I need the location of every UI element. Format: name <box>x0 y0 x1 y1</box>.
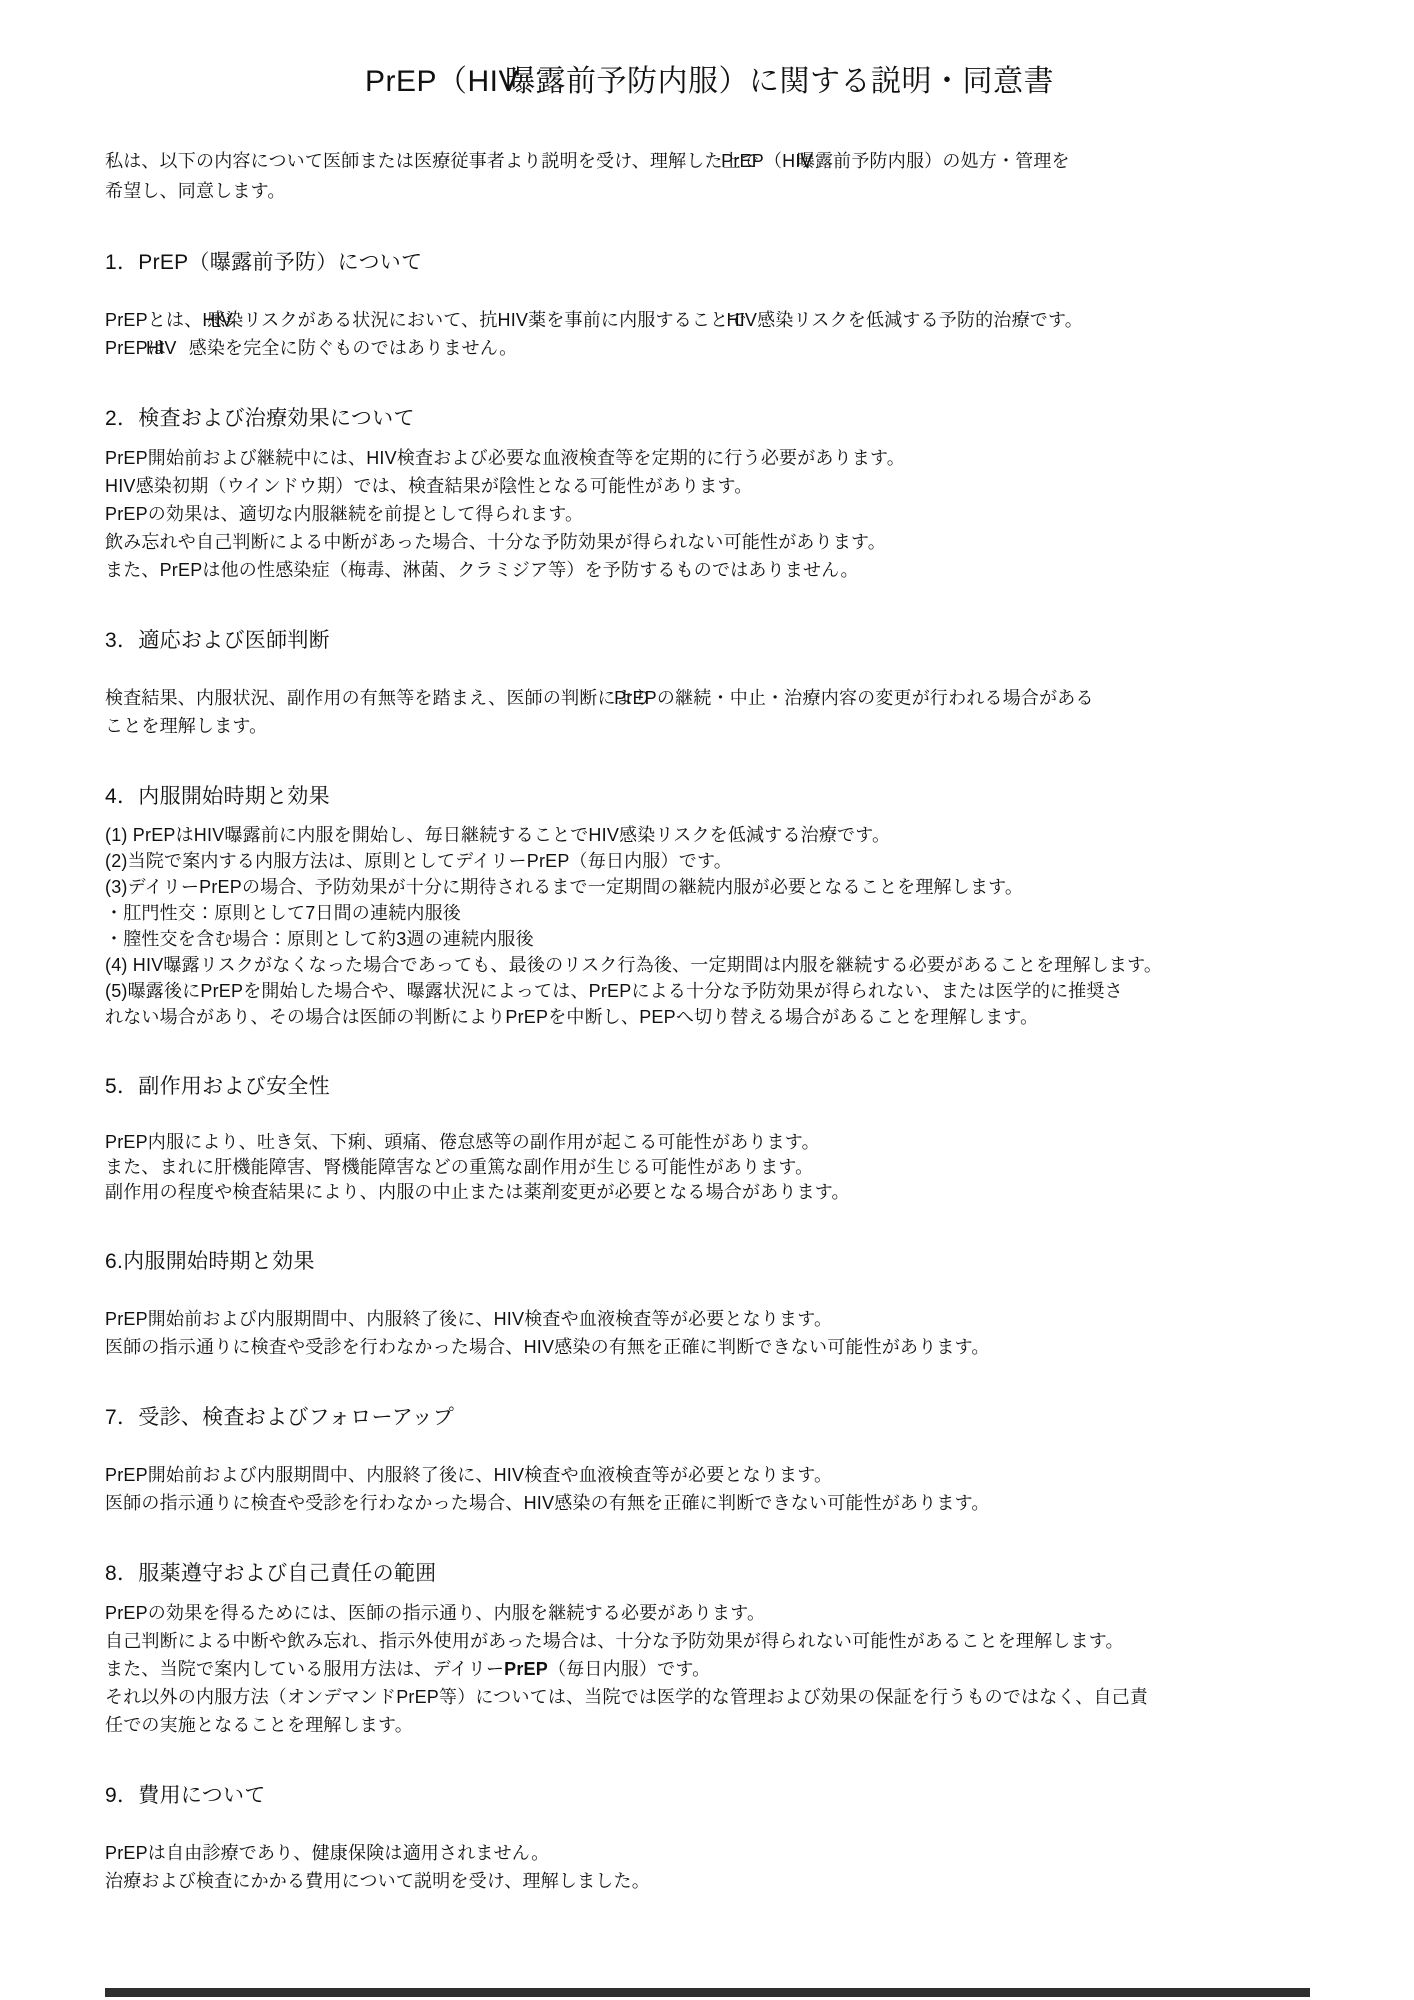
section-9-cost: 9．費用について PrEPは自由診療であり、健康保険は適用されません。 治療およ… <box>105 1779 1314 1895</box>
document-line: 副作用の程度や検査結果により、内服の中止または薬剤変更が必要となる場合があります… <box>105 1180 1314 1205</box>
section-body: PrEPは自由診療であり、健康保険は適用されません。 治療および検査にかかる費用… <box>105 1839 1314 1895</box>
document-line: PrEPはHIV感染を完全に防ぐものではありません。 <box>105 334 1314 362</box>
section-body: PrEPとは、HIV感染リスクがある状況において、抗HIV薬を事前に内服すること… <box>105 306 1314 362</box>
document-line: 医師の指示通りに検査や受診を行わなかった場合、HIV感染の有無を正確に判断できな… <box>105 1489 1314 1517</box>
intro-line: 私は、以下の内容について医師または医療従事者より説明を受け、理解した上でPrEP… <box>105 146 1314 176</box>
section-heading: 5．副作用および安全性 <box>105 1070 1314 1100</box>
document-line: PrEP内服により、吐き気、下痢、頭痛、倦怠感等の副作用が起こる可能性があります… <box>105 1130 1314 1155</box>
text-segment-overlap: PrEP <box>614 688 657 708</box>
intro-segment-overlap: PrEP <box>721 151 764 171</box>
text-segment-overlap: 感染リスクがある状況において、抗HIV薬を事前に内服することで <box>207 310 746 330</box>
section-heading: 1．PrEP（曝露前予防）について <box>105 246 1314 276</box>
section-heading: 2．検査および治療効果について <box>105 402 1314 432</box>
document-line: 治療および検査にかかる費用について説明を受け、理解しました。 <box>105 1867 1314 1895</box>
title-text: PrEP（HIV <box>365 65 519 98</box>
document-line: 任での実施となることを理解します。 <box>105 1711 1314 1739</box>
document-line: それ以外の内服方法（オンデマンドPrEP等）については、当院では医学的な管理およ… <box>105 1683 1314 1711</box>
document-line: また、当院で案内している服用方法は、デイリーPrEP（毎日内服）です。 <box>105 1655 1314 1683</box>
document-line: PrEPの効果を得るためには、医師の指示通り、内服を継続する必要があります。 <box>105 1599 1314 1627</box>
bottom-bar <box>105 1988 1310 1997</box>
bold-text: PrEP <box>504 1659 548 1679</box>
document-line: 自己判断による中断や飲み忘れ、指示外使用があった場合は、十分な予防効果が得られな… <box>105 1627 1314 1655</box>
text-segment-overlap: HIV <box>727 310 758 330</box>
document-line: (2)当院で案内する内服方法は、原則としてデイリーPrEP（毎日内服）です。 <box>105 848 1314 874</box>
document-line: (5)曝露後にPrEPを開始した場合や、曝露状況によっては、PrEPによる十分な… <box>105 978 1314 1004</box>
section-body: (1) PrEPはHIV曝露前に内服を開始し、毎日継続することでHIV感染リスク… <box>105 822 1314 1030</box>
document-line: PrEP開始前および継続中には、HIV検査および必要な血液検査等を定期的に行う必… <box>105 444 1314 472</box>
section-heading: 7．受診、検査およびフォローアップ <box>105 1401 1314 1431</box>
document-line: ことを理解します。 <box>105 712 1314 740</box>
text-segment: （毎日内服）です。 <box>548 1659 710 1679</box>
document-line: (3)デイリーPrEPの場合、予防効果が十分に期待されるまで一定期間の継続内服が… <box>105 874 1314 900</box>
section-heading: 3．適応および医師判断 <box>105 624 1314 654</box>
document-line: また、まれに肝機能障害、腎機能障害などの重篤な副作用が生じる可能性があります。 <box>105 1155 1314 1180</box>
document-line: れない場合があり、その場合は医師の判断によりPrEPを中断し、PEPへ切り替える… <box>105 1004 1314 1030</box>
section-5-side-effects: 5．副作用および安全性 PrEP内服により、吐き気、下痢、頭痛、倦怠感等の副作用… <box>105 1070 1314 1205</box>
text-segment: 感染リスクを低減する予防的治療です。 <box>757 310 1083 330</box>
document-line: ・膣性交を含む場合：原則として約3週の連続内服後 <box>105 926 1314 952</box>
text-segment: の継続・中止・治療内容の変更が行われる場合がある <box>657 688 1094 708</box>
document-line: PrEPは自由診療であり、健康保険は適用されません。 <box>105 1839 1314 1867</box>
document-line: PrEPの効果は、適切な内服継続を前提として得られます。 <box>105 500 1314 528</box>
text-segment-overlap: HIV <box>146 338 177 358</box>
document-line: PrEP開始前および内服期間中、内服終了後に、HIV検査や血液検査等が必要となり… <box>105 1305 1314 1333</box>
section-body: 検査結果、内服状況、副作用の有無等を踏まえ、医師の判断によりPrEPの継続・中止… <box>105 684 1314 740</box>
section-heading: 6.内服開始時期と効果 <box>105 1245 1314 1275</box>
section-6-timing-effect-duplicate: 6.内服開始時期と効果 PrEP開始前および内服期間中、内服終了後に、HIV検査… <box>105 1245 1314 1361</box>
document-line: また、PrEPは他の性感染症（梅毒、淋菌、クラミジア等）を予防するものではありま… <box>105 556 1314 584</box>
section-8-adherence-responsibility: 8．服薬遵守および自己責任の範囲 PrEPの効果を得るためには、医師の指示通り、… <box>105 1557 1314 1739</box>
consent-document-page: PrEP（HIV曝露前予防内服）に関する説明・同意書 私は、以下の内容について医… <box>0 0 1414 2000</box>
intro-segment: 私は、以下の内容について医師または医療従事者より説明を受け、理解した上で <box>105 151 759 171</box>
section-body: PrEPの効果を得るためには、医師の指示通り、内服を継続する必要があります。 自… <box>105 1599 1314 1739</box>
section-body: PrEP開始前および内服期間中、内服終了後に、HIV検査や血液検査等が必要となり… <box>105 1305 1314 1361</box>
text-segment: また、当院で案内している服用方法は、デイリー <box>105 1659 504 1679</box>
title-text-overlap: 曝露前予防内服）に関する説明・同意書 <box>505 65 1054 98</box>
section-heading: 4．内服開始時期と効果 <box>105 780 1314 810</box>
section-4-timing-effect: 4．内服開始時期と効果 (1) PrEPはHIV曝露前に内服を開始し、毎日継続す… <box>105 780 1314 1030</box>
text-segment: 検査結果、内服状況、副作用の有無等を踏まえ、医師の判断により <box>105 688 652 708</box>
section-2-testing-effect: 2．検査および治療効果について PrEP開始前および継続中には、HIV検査および… <box>105 402 1314 584</box>
section-heading: 9．費用について <box>105 1779 1314 1809</box>
document-line: 医師の指示通りに検査や受診を行わなかった場合、HIV感染の有無を正確に判断できな… <box>105 1333 1314 1361</box>
document-line: (1) PrEPはHIV曝露前に内服を開始し、毎日継続することでHIV感染リスク… <box>105 822 1314 848</box>
section-body: PrEP内服により、吐き気、下痢、頭痛、倦怠感等の副作用が起こる可能性があります… <box>105 1130 1314 1205</box>
section-3-physician-judgment: 3．適応および医師判断 検査結果、内服状況、副作用の有無等を踏まえ、医師の判断に… <box>105 624 1314 740</box>
intro-paragraph: 私は、以下の内容について医師または医療従事者より説明を受け、理解した上でPrEP… <box>105 146 1314 206</box>
document-line: ・肛門性交：原則として7日間の連続内服後 <box>105 900 1314 926</box>
section-heading: 8．服薬遵守および自己責任の範囲 <box>105 1557 1314 1587</box>
text-segment: 感染を完全に防ぐものではありません。 <box>189 338 518 358</box>
document-line: HIV感染初期（ウインドウ期）では、検査結果が陰性となる可能性があります。 <box>105 472 1314 500</box>
section-body: PrEP開始前および継続中には、HIV検査および必要な血液検査等を定期的に行う必… <box>105 444 1314 584</box>
document-title: PrEP（HIV曝露前予防内服）に関する説明・同意書 <box>105 56 1314 100</box>
intro-line: 希望し、同意します。 <box>105 176 1314 206</box>
document-line: (4) HIV曝露リスクがなくなった場合であっても、最後のリスク行為後、一定期間… <box>105 952 1314 978</box>
section-body: PrEP開始前および内服期間中、内服終了後に、HIV検査や血液検査等が必要となり… <box>105 1461 1314 1517</box>
document-line: PrEP開始前および内服期間中、内服終了後に、HIV検査や血液検査等が必要となり… <box>105 1461 1314 1489</box>
intro-segment-overlap: 曝露前予防内服）の処方・管理を <box>797 151 1070 171</box>
document-line: 検査結果、内服状況、副作用の有無等を踏まえ、医師の判断によりPrEPの継続・中止… <box>105 684 1314 712</box>
section-1-about-prep: 1．PrEP（曝露前予防）について PrEPとは、HIV感染リスクがある状況にお… <box>105 246 1314 362</box>
document-line: 飲み忘れや自己判断による中断があった場合、十分な予防効果が得られない可能性があり… <box>105 528 1314 556</box>
document-line: PrEPとは、HIV感染リスクがある状況において、抗HIV薬を事前に内服すること… <box>105 306 1314 334</box>
section-7-followup: 7．受診、検査およびフォローアップ PrEP開始前および内服期間中、内服終了後に… <box>105 1401 1314 1517</box>
